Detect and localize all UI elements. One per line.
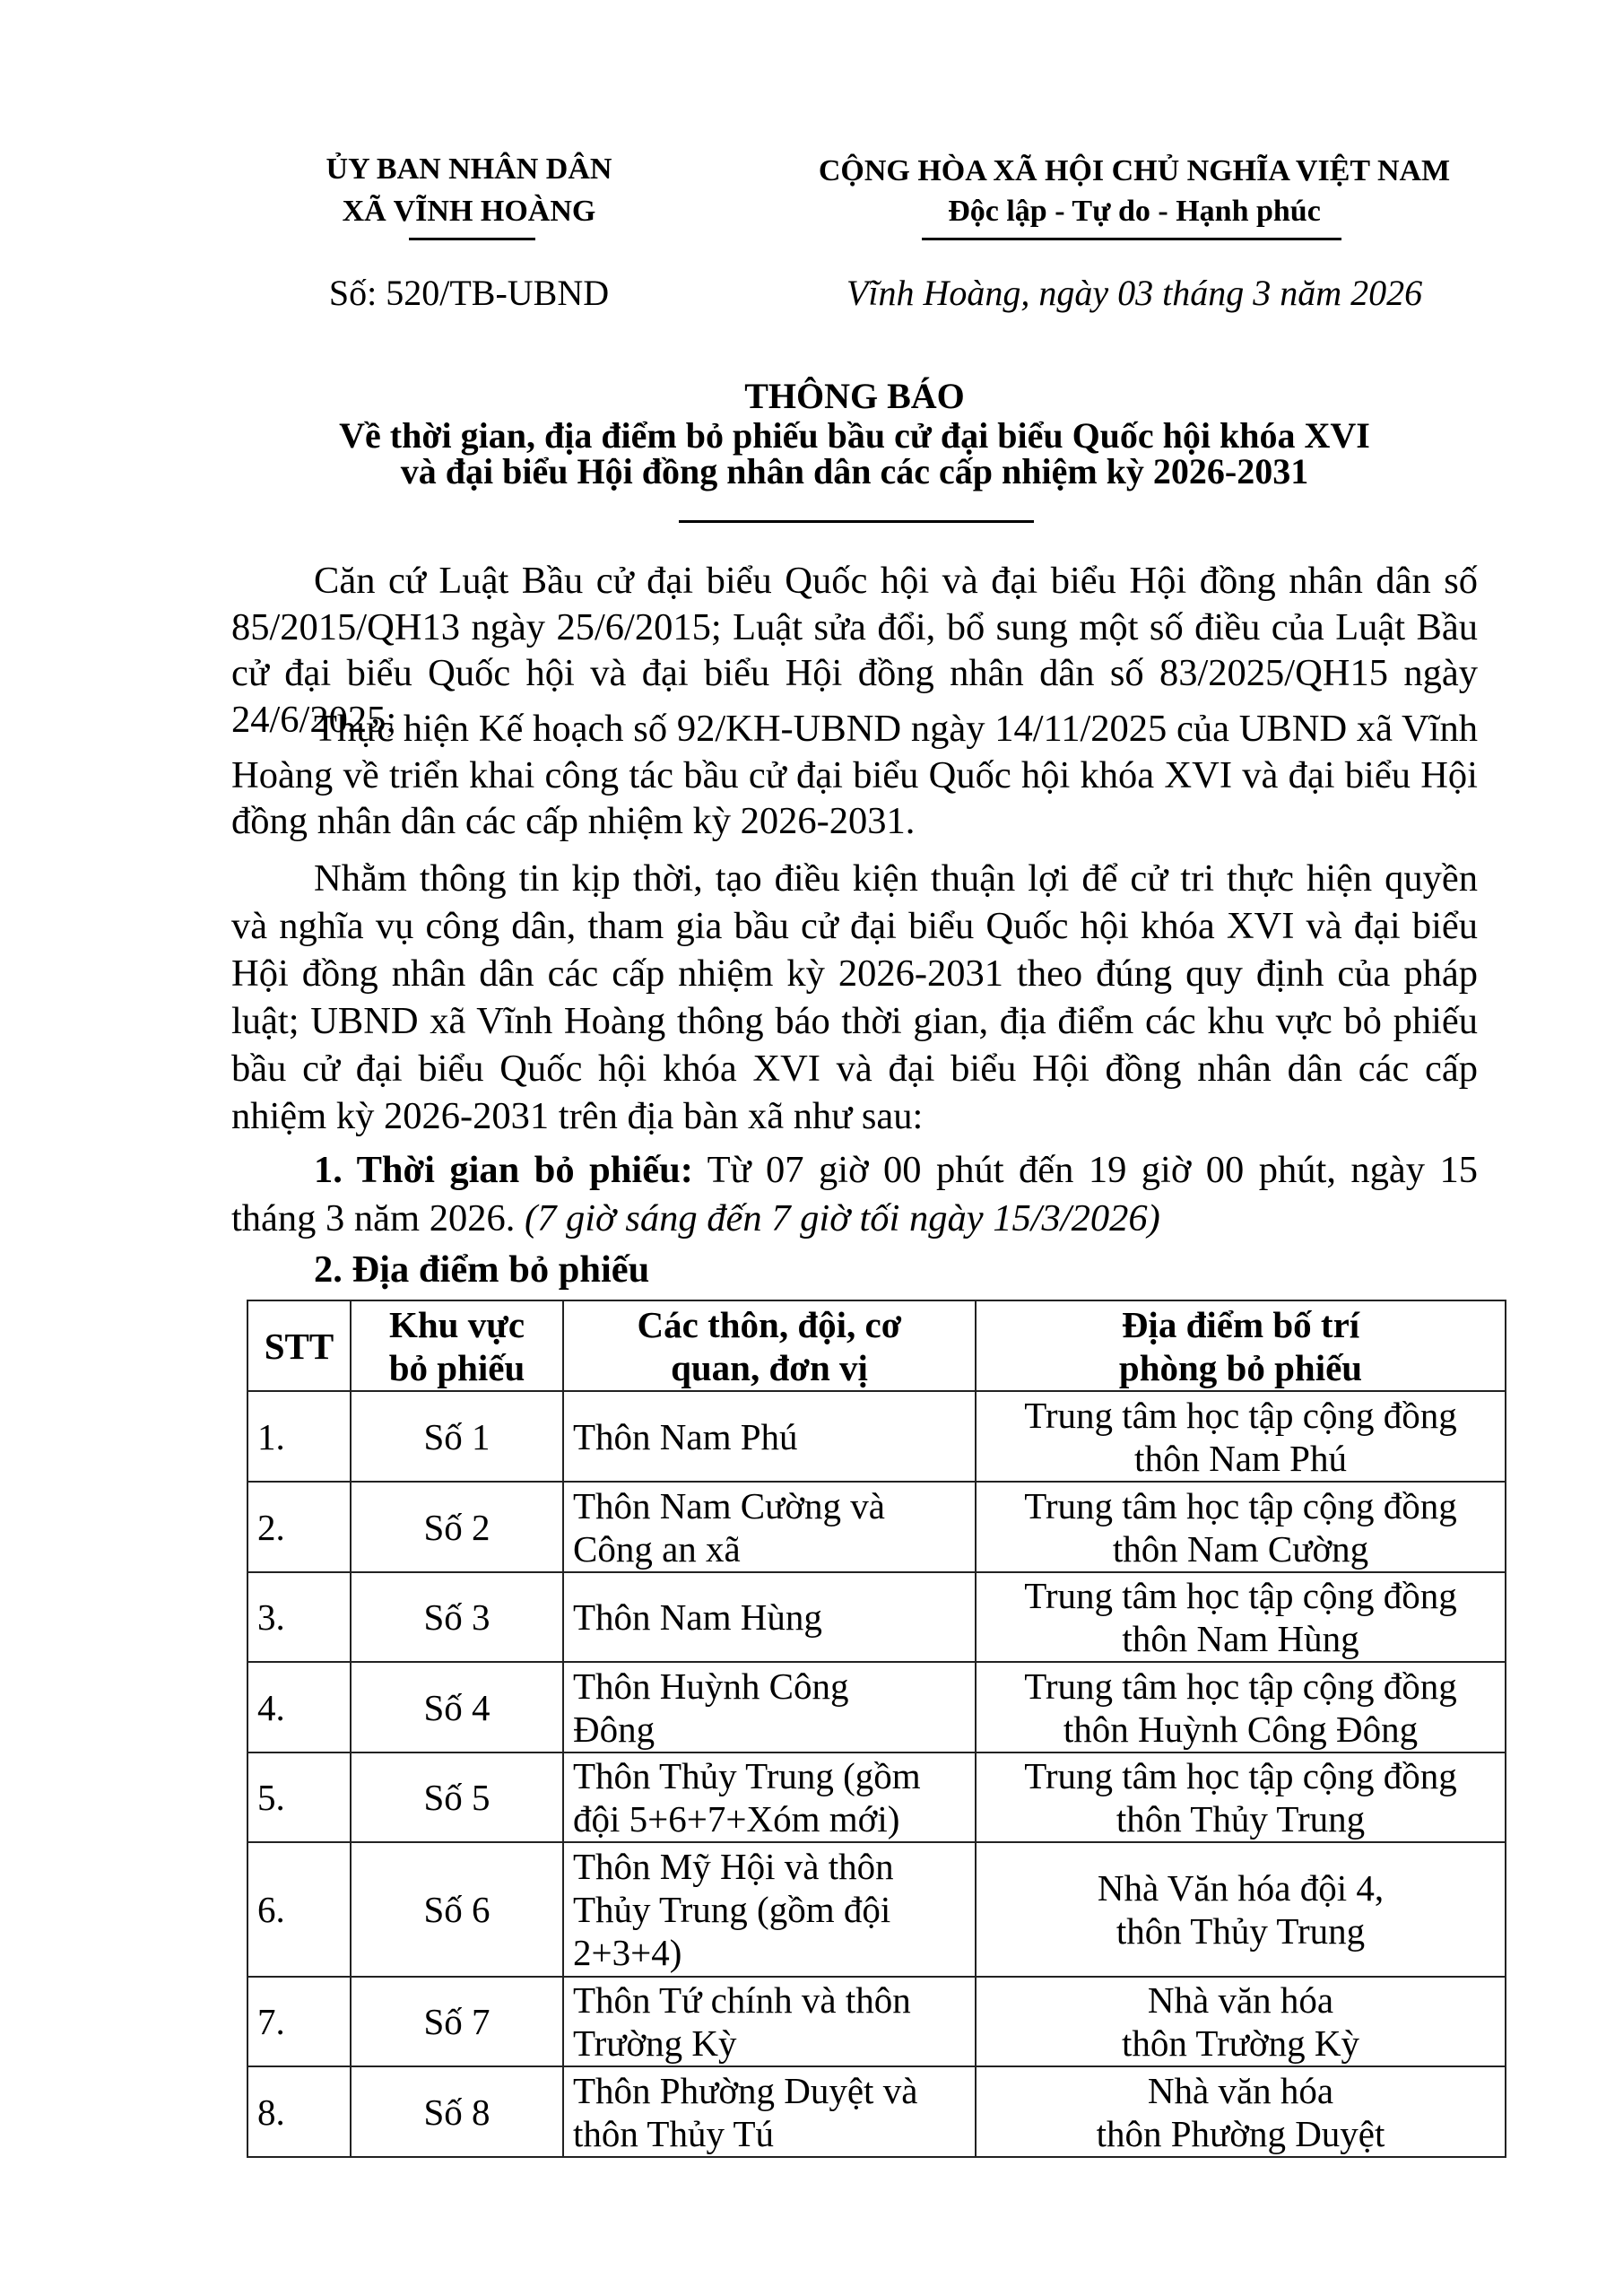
document-subtitle-line2: và đại biểu Hội đồng nhân dân các cấp nh… bbox=[231, 452, 1478, 491]
issuer-commune: XÃ VĨNH HOÀNG bbox=[290, 190, 648, 232]
cell-location: Nhà văn hóathôn Phường Duyệt bbox=[976, 2066, 1506, 2157]
cell-text-line: Trung tâm học tập cộng đồng bbox=[985, 1665, 1496, 1708]
table-row: 5.Số 5Thôn Thủy Trung (gồmđội 5+6+7+Xóm … bbox=[247, 1752, 1506, 1842]
document-subtitle-line1: Về thời gian, địa điểm bỏ phiếu bầu cử đ… bbox=[231, 416, 1478, 456]
cell-location: Trung tâm học tập cộng đồngthôn Nam Phú bbox=[976, 1391, 1506, 1482]
cell-text-line: thôn Thủy Trung bbox=[985, 1797, 1496, 1840]
cell-text-line: Thôn Thủy Trung (gồm bbox=[573, 1754, 966, 1797]
voting-time-note: (7 giờ sáng đến 7 giờ tối ngày 15/3/2026… bbox=[515, 1197, 1159, 1239]
cell-text-line: Trung tâm học tập cộng đồng bbox=[985, 1394, 1496, 1437]
header-text-line: quan, đơn vị bbox=[573, 1346, 966, 1389]
cell-units: Thôn Nam Hùng bbox=[563, 1572, 976, 1662]
cell-text-line: Thôn Nam Hùng bbox=[573, 1596, 966, 1639]
cell-text-line: Thôn Phường Duyệt và bbox=[573, 2069, 966, 2112]
cell-location: Trung tâm học tập cộng đồngthôn Huỳnh Cô… bbox=[976, 1662, 1506, 1752]
voting-time-section: 1. Thời gian bỏ phiếu: Từ 07 giờ 00 phút… bbox=[231, 1146, 1478, 1243]
cell-location: Nhà Văn hóa đội 4,thôn Thủy Trung bbox=[976, 1842, 1506, 1977]
voting-location-label: 2. Địa điểm bỏ phiếu bbox=[314, 1248, 649, 1291]
cell-stt: 7. bbox=[247, 1977, 351, 2066]
cell-text-line: Trung tâm học tập cộng đồng bbox=[985, 1574, 1496, 1617]
cell-stt: 3. bbox=[247, 1572, 351, 1662]
cell-text-line: thôn Trường Kỳ bbox=[985, 2022, 1496, 2065]
issuer-underline bbox=[409, 238, 535, 240]
cell-text-line: thôn Nam Phú bbox=[985, 1437, 1496, 1480]
cell-units: Thôn Mỹ Hội và thônThủy Trung (gồm đội2+… bbox=[563, 1842, 976, 1977]
cell-text-line: thôn Thủy Trung bbox=[985, 1909, 1496, 1952]
cell-stt: 1. bbox=[247, 1391, 351, 1482]
national-title: CỘNG HÒA XÃ HỘI CHỦ NGHĨA VIỆT NAM bbox=[753, 150, 1515, 192]
plan-reference-paragraph: Thực hiện Kế hoạch số 92/KH-UBND ngày 14… bbox=[231, 706, 1478, 845]
cell-text-line: thôn Huỳnh Công Đông bbox=[985, 1708, 1496, 1751]
cell-location: Trung tâm học tập cộng đồngthôn Nam Hùng bbox=[976, 1572, 1506, 1662]
cell-text-line: 2+3+4) bbox=[573, 1931, 966, 1974]
cell-text-line: Thôn Nam Phú bbox=[573, 1415, 966, 1458]
header-text-line: Địa điểm bố trí bbox=[985, 1303, 1496, 1346]
cell-text-line: thôn Nam Hùng bbox=[985, 1617, 1496, 1660]
polling-stations-table: STT Khu vựcbỏ phiếu Các thôn, đội, cơqua… bbox=[247, 1300, 1506, 2158]
motto-underline bbox=[922, 238, 1341, 240]
cell-location: Trung tâm học tập cộng đồngthôn Thủy Tru… bbox=[976, 1752, 1506, 1842]
header-text-line: Khu vực bbox=[360, 1303, 553, 1346]
cell-area: Số 4 bbox=[351, 1662, 563, 1752]
cell-area: Số 8 bbox=[351, 2066, 563, 2157]
cell-area: Số 6 bbox=[351, 1842, 563, 1977]
cell-stt: 4. bbox=[247, 1662, 351, 1752]
table-row: 4.Số 4Thôn Huỳnh CôngĐôngTrung tâm học t… bbox=[247, 1662, 1506, 1752]
cell-area: Số 5 bbox=[351, 1752, 563, 1842]
header-location: Địa điểm bố tríphòng bỏ phiếu bbox=[976, 1300, 1506, 1391]
table-row: 7.Số 7Thôn Tứ chính và thônTrường KỳNhà … bbox=[247, 1977, 1506, 2066]
cell-text-line: Trường Kỳ bbox=[573, 2022, 966, 2065]
cell-units: Thôn Thủy Trung (gồmđội 5+6+7+Xóm mới) bbox=[563, 1752, 976, 1842]
document-number: Số: 520/TB-UBND bbox=[290, 272, 648, 315]
header-text-line: phòng bỏ phiếu bbox=[985, 1346, 1496, 1389]
cell-text-line: Thủy Trung (gồm đội bbox=[573, 1888, 966, 1931]
cell-area: Số 1 bbox=[351, 1391, 563, 1482]
table-header-row: STT Khu vựcbỏ phiếu Các thôn, đội, cơqua… bbox=[247, 1300, 1506, 1391]
table-row: 2.Số 2Thôn Nam Cường vàCông an xãTrung t… bbox=[247, 1482, 1506, 1572]
cell-text-line: Thôn Mỹ Hội và thôn bbox=[573, 1845, 966, 1888]
header-area: Khu vựcbỏ phiếu bbox=[351, 1300, 563, 1391]
header-text-line: Các thôn, đội, cơ bbox=[573, 1303, 966, 1346]
cell-text-line: Đông bbox=[573, 1708, 966, 1751]
cell-area: Số 2 bbox=[351, 1482, 563, 1572]
header-text-line: STT bbox=[257, 1325, 341, 1368]
table-row: 6.Số 6Thôn Mỹ Hội và thônThủy Trung (gồm… bbox=[247, 1842, 1506, 1977]
cell-text-line: Trung tâm học tập cộng đồng bbox=[985, 1754, 1496, 1797]
cell-area: Số 3 bbox=[351, 1572, 563, 1662]
cell-text-line: thôn Thủy Tú bbox=[573, 2112, 966, 2155]
voting-location-heading: 2. Địa điểm bỏ phiếu bbox=[231, 1247, 1478, 1293]
national-motto: Độc lập - Tự do - Hạnh phúc bbox=[753, 190, 1515, 232]
cell-text-line: Thôn Huỳnh Công bbox=[573, 1665, 966, 1708]
table-row: 1.Số 1Thôn Nam PhúTrung tâm học tập cộng… bbox=[247, 1391, 1506, 1482]
header-stt: STT bbox=[247, 1300, 351, 1391]
document-title: THÔNG BÁO bbox=[231, 377, 1478, 416]
cell-units: Thôn Nam Phú bbox=[563, 1391, 976, 1482]
cell-text-line: thôn Phường Duyệt bbox=[985, 2112, 1496, 2155]
cell-text-line: đội 5+6+7+Xóm mới) bbox=[573, 1797, 966, 1840]
cell-text-line: Nhà văn hóa bbox=[985, 2069, 1496, 2112]
cell-units: Thôn Tứ chính và thônTrường Kỳ bbox=[563, 1977, 976, 2066]
cell-units: Thôn Phường Duyệt vàthôn Thủy Tú bbox=[563, 2066, 976, 2157]
cell-text-line: Nhà văn hóa bbox=[985, 1979, 1496, 2022]
cell-location: Nhà văn hóathôn Trường Kỳ bbox=[976, 1977, 1506, 2066]
cell-stt: 5. bbox=[247, 1752, 351, 1842]
cell-units: Thôn Nam Cường vàCông an xã bbox=[563, 1482, 976, 1572]
cell-area: Số 7 bbox=[351, 1977, 563, 2066]
cell-text-line: Công an xã bbox=[573, 1527, 966, 1570]
table-row: 8.Số 8Thôn Phường Duyệt vàthôn Thủy TúNh… bbox=[247, 2066, 1506, 2157]
cell-text-line: Thôn Nam Cường và bbox=[573, 1484, 966, 1527]
header-units: Các thôn, đội, cơquan, đơn vị bbox=[563, 1300, 976, 1391]
cell-text-line: thôn Nam Cường bbox=[985, 1527, 1496, 1570]
cell-location: Trung tâm học tập cộng đồngthôn Nam Cườn… bbox=[976, 1482, 1506, 1572]
title-underline bbox=[679, 520, 1034, 523]
voting-time-label: 1. Thời gian bỏ phiếu: bbox=[314, 1149, 693, 1191]
table-row: 3.Số 3Thôn Nam HùngTrung tâm học tập cộn… bbox=[247, 1572, 1506, 1662]
header-text-line: bỏ phiếu bbox=[360, 1346, 553, 1389]
issue-date: Vĩnh Hoàng, ngày 03 tháng 3 năm 2026 bbox=[753, 272, 1515, 315]
purpose-paragraph: Nhằm thông tin kịp thời, tạo điều kiện t… bbox=[231, 855, 1478, 1140]
issuer-name: ỦY BAN NHÂN DÂN bbox=[290, 148, 648, 190]
cell-text-line: Thôn Tứ chính và thôn bbox=[573, 1979, 966, 2022]
cell-stt: 2. bbox=[247, 1482, 351, 1572]
cell-units: Thôn Huỳnh CôngĐông bbox=[563, 1662, 976, 1752]
cell-text-line: Nhà Văn hóa đội 4, bbox=[985, 1866, 1496, 1909]
cell-stt: 8. bbox=[247, 2066, 351, 2157]
cell-stt: 6. bbox=[247, 1842, 351, 1977]
cell-text-line: Trung tâm học tập cộng đồng bbox=[985, 1484, 1496, 1527]
